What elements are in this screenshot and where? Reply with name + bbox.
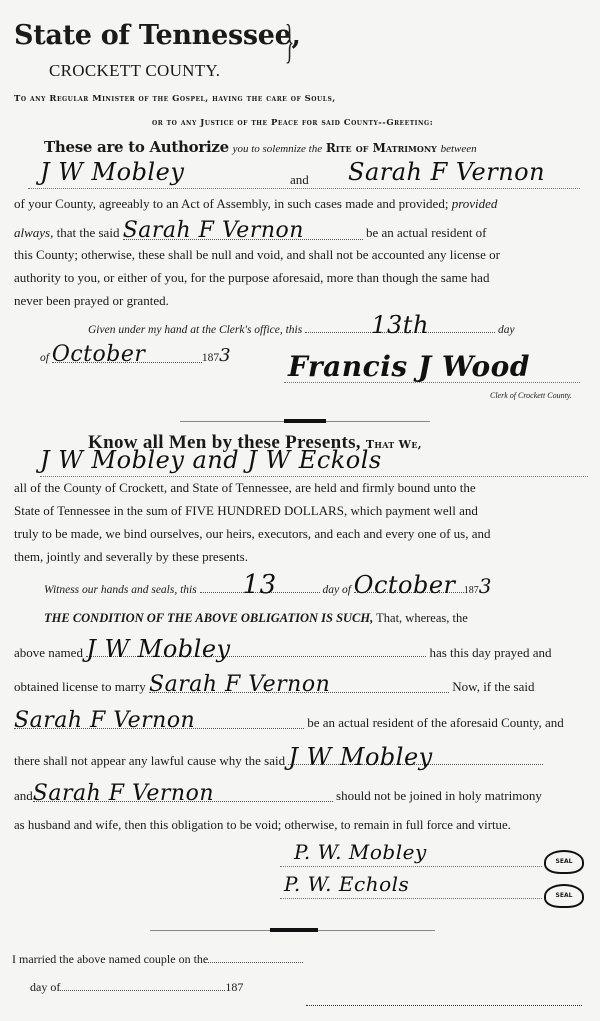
obtained-line: obtained license to marry Sarah F Vernon… (14, 678, 534, 695)
not-joined-line: andSarah F Vernon should not be joined i… (14, 787, 542, 804)
witness-month-handwritten: October (354, 578, 464, 593)
signature-2-handwritten: P. W. Echols (284, 872, 409, 896)
signature-1-handwritten: P. W. Mobley (294, 840, 427, 864)
seal-icon: SEAL (544, 850, 584, 874)
parties-line: J W Mobley and Sarah F Vernon (28, 162, 580, 189)
given-month-handwritten: October (52, 348, 202, 363)
signature-line-1: P. W. Mobley (280, 846, 542, 867)
above-named-text: above named (14, 645, 83, 660)
year-prefix: 187 (202, 352, 219, 364)
divider-bold (284, 419, 326, 423)
state-title: State of Tennessee, (14, 20, 301, 51)
address-line-1: To any Regular Minister of the Gospel, h… (14, 94, 336, 104)
resident-name-handwritten: Sarah F Vernon (123, 223, 363, 240)
license-para-line-4: authority to you, or either of you, for … (14, 270, 489, 286)
above-named-handwritten: J W Mobley (86, 642, 426, 657)
witness-year-prefix: 187 (464, 585, 479, 596)
witness-line: Witness our hands and seals, this 13 day… (44, 574, 492, 598)
condition-line: THE CONDITION OF THE ABOVE OBLIGATION IS… (44, 611, 468, 626)
license-para-line-3: this County; otherwise, these shall be n… (14, 247, 500, 263)
return-day-of-text: day of (30, 980, 60, 994)
now-if-text: Now, if the said (452, 679, 534, 694)
return-month-blank[interactable] (60, 980, 225, 991)
condition-tail: That, whereas, the (376, 611, 468, 625)
given-day-handwritten: 13th (305, 318, 495, 333)
divider-bold-2 (270, 928, 318, 932)
bond-line-2: State of Tennessee in the sum of FIVE HU… (14, 503, 478, 519)
lawful-cause-text: there shall not appear any lawful cause … (14, 753, 285, 768)
not-joined-text: should not be joined in holy matrimony (336, 788, 542, 803)
day-text: day (498, 324, 515, 336)
given-under-line: Given under my hand at the Clerk's offic… (88, 318, 515, 336)
bond-line-3: truly to be made, we bind ourselves, our… (14, 526, 491, 542)
cause-handwritten: J W Mobley (288, 750, 543, 765)
said-handwritten: Sarah F Vernon (14, 714, 304, 729)
year-suffix-handwritten: 3 (219, 345, 231, 366)
bride-name-handwritten: Sarah F Vernon (348, 158, 545, 186)
married-day-blank[interactable] (208, 952, 303, 963)
day-of-text: day of (322, 584, 350, 596)
authorize-lead: These are to Authorize (44, 138, 229, 156)
marry-handwritten: Sarah F Vernon (149, 678, 449, 693)
marriage-license-document: State of Tennessee, } CROCKETT COUNTY. T… (0, 0, 600, 1021)
header-bracket: } (285, 14, 294, 69)
witness-year-suffix-handwritten: 3 (479, 574, 492, 598)
return-day-of-line: day of187 (30, 980, 243, 995)
bond-line-1: all of the County of Crockett, and State… (14, 480, 476, 496)
married-on-line: I married the above named couple on the (12, 952, 303, 967)
signature-line-2: P. W. Echols (280, 878, 542, 899)
clerk-signature-handwritten: Francis J Wood (288, 350, 530, 383)
license-para-line-1: of your County, agreeably to an Act of A… (14, 196, 586, 212)
county-title: CROCKETT COUNTY. (49, 61, 220, 81)
lawful-cause-line: there shall not appear any lawful cause … (14, 750, 543, 769)
that-the-said-text: that the said (57, 225, 120, 240)
clerk-title: Clerk of Crockett County. (490, 391, 572, 400)
address-line-2: or to any Justice of the Peace for said … (152, 118, 433, 128)
clerk-signature-line: Francis J Wood (284, 360, 580, 383)
of-text: of (40, 352, 49, 364)
given-month-line: of October1873 (40, 345, 231, 366)
obligors-handwritten: J W Mobley and J W Eckols (40, 446, 382, 474)
bond-line-4: them, jointly and severally by these pre… (14, 549, 248, 565)
resident-aforesaid-text: be an actual resident of the aforesaid C… (307, 715, 564, 730)
be-resident-text: be an actual resident of (366, 225, 487, 240)
license-para-line-2: always, that the said Sarah F Vernon be … (14, 223, 586, 241)
and-text-2: and (14, 788, 33, 803)
above-named-line: above named J W Mobley has this day pray… (14, 642, 551, 661)
return-year-prefix: 187 (225, 980, 243, 994)
obligors-line: J W Mobley and J W Eckols (40, 452, 588, 477)
seal-icon: SEAL (544, 884, 584, 908)
married-on-text: I married the above named couple on the (12, 952, 208, 966)
witness-day-handwritten: 13 (200, 578, 320, 593)
condition-heading: THE CONDITION OF THE ABOVE OBLIGATION IS… (44, 611, 373, 625)
solemnize-text: you to solemnize the (233, 143, 323, 155)
rite-text: Rite of Matrimony (326, 141, 437, 155)
given-under-text: Given under my hand at the Clerk's offic… (88, 324, 302, 336)
witness-text: Witness our hands and seals, this (44, 584, 197, 596)
officiant-signature-blank[interactable] (306, 1005, 582, 1006)
obtained-text: obtained license to marry (14, 679, 146, 694)
license-text: of your County, agreeably to an Act of A… (14, 196, 448, 211)
husband-wife-line: as husband and wife, then this obligatio… (14, 818, 511, 833)
between-text: between (441, 143, 477, 155)
and-handwritten: Sarah F Vernon (33, 787, 333, 802)
said-resident-line: Sarah F Vernon be an actual resident of … (14, 714, 564, 731)
license-para-line-5: never been prayed or granted. (14, 293, 169, 309)
always-text: always, (14, 225, 53, 240)
prayed-text: has this day prayed and (429, 645, 551, 660)
provided-text: provided (452, 196, 498, 211)
groom-name-handwritten: J W Mobley (40, 158, 184, 186)
authorize-line: These are to Authorize you to solemnize … (44, 138, 477, 157)
and-text: and (290, 172, 309, 188)
